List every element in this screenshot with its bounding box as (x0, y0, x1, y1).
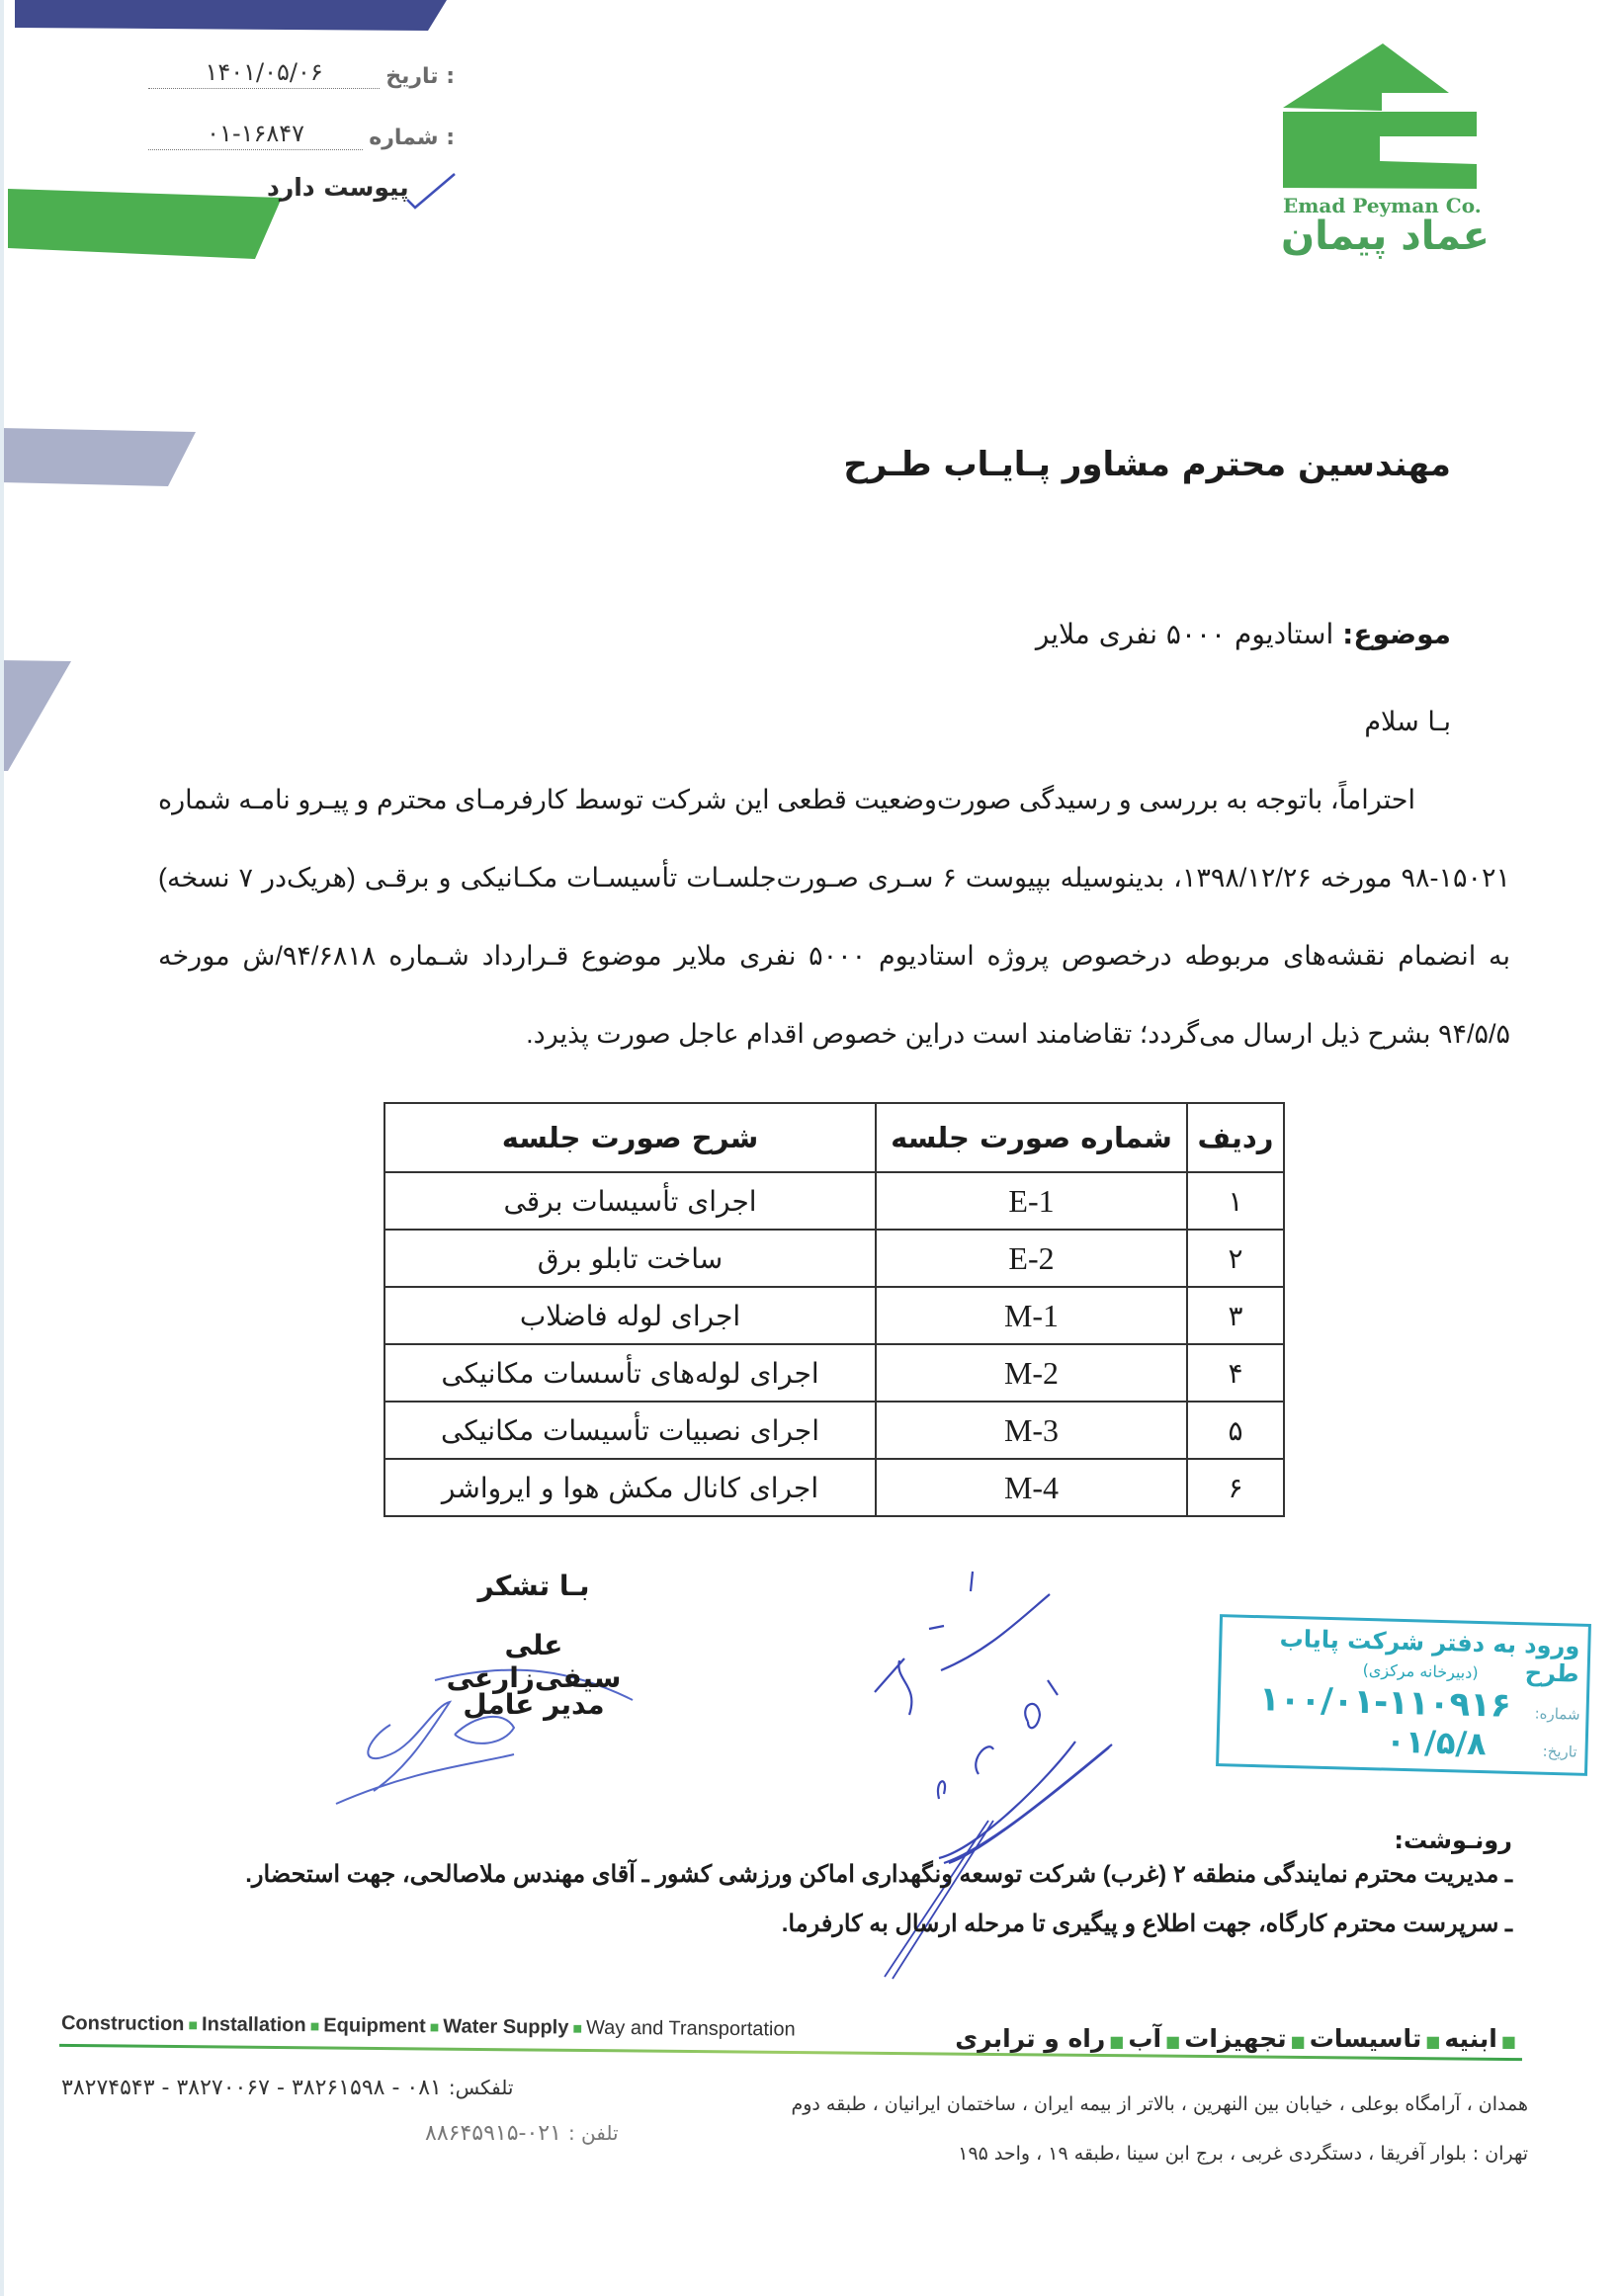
service-en: Construction (61, 2012, 185, 2035)
minutes-code: E-1 (876, 1172, 1187, 1230)
row-number: ۴ (1187, 1344, 1284, 1402)
telfax-value: ۰۸۱ - ۳۸۲۶۱۵۹۸ - ۳۸۲۷۰۰۶۷ - ۳۸۲۷۴۵۴۳ (61, 2076, 442, 2100)
number-value: ۰۱-۱۶۸۴۷ (148, 120, 363, 150)
green-band (8, 189, 282, 259)
date-value: ۱۴۰۱/۰۵/۰۶ (148, 58, 380, 89)
service-fa: راه و ترابری (955, 2024, 1105, 2053)
row-number: ۱ (1187, 1172, 1284, 1230)
table-row: ۵ M-3 اجرای نصبیات تأسیسات مکانیکی (384, 1402, 1284, 1459)
minutes-code: M-2 (876, 1344, 1187, 1402)
bullet-icon: ■ (188, 2017, 198, 2034)
table-row: ۶ M-4 اجرای کانال مکش هوا و ایرواشر (384, 1459, 1284, 1516)
table-row: ۲ E-2 ساخت تابلو برق (384, 1230, 1284, 1287)
signer-name: علی سیفی‌زارعی (415, 1629, 652, 1694)
service-fa: تاسیسات (1310, 2024, 1422, 2053)
services-persian: ■ابنیه■تاسیسات■تجهیزات■آب■راه و ترابری (955, 2024, 1520, 2053)
minutes-description: اجرای لوله‌های تأسسات مکانیکی (384, 1344, 876, 1402)
receipt-stamp: ورود به دفتر شرکت پایاب طرح (دبیرخانه مر… (1216, 1614, 1591, 1776)
tehran-phone: تلفن : ۰۲۱-۸۸۶۴۵۹۱۵ (425, 2121, 619, 2146)
pen-stroke (885, 1821, 993, 1979)
navy-band (15, 0, 447, 31)
stamp-date-value: ۰۱/۵/۸ (1386, 1723, 1487, 1763)
addressee-title: مهندسین محترم مشاور پـایـاب طـرح (843, 445, 1451, 484)
date-label: : تاریخ (385, 64, 455, 89)
cc-title: رونـوشت: (1394, 1827, 1512, 1854)
handwritten-note (875, 1572, 1112, 1863)
bullet-icon: ■ (1109, 2032, 1124, 2051)
tel-value: ۰۲۱-۸۸۶۴۵۹۱۵ (425, 2121, 561, 2146)
minutes-code: M-4 (876, 1459, 1187, 1516)
number-row: : شماره ۰۱-۱۶۸۴۷ (148, 111, 455, 150)
bullet-icon: ■ (1501, 2032, 1516, 2051)
attachment-note: پیوست دارد (267, 173, 409, 202)
cc-item: ـ سرپرست محترم کارگاه، جهت اطلاع و پیگیر… (782, 1910, 1512, 1938)
stamp-number-value: ۱۰۰/۰۱-۱۱۰۹۱۶ (1259, 1679, 1512, 1726)
minutes-description: اجرای کانال مکش هوا و ایرواشر (384, 1459, 876, 1516)
bullet-icon: ■ (1165, 2032, 1180, 2051)
telfax: تلفکس: ۰۸۱ - ۳۸۲۶۱۵۹۸ - ۳۸۲۷۰۰۶۷ - ۳۸۲۷۴… (61, 2076, 513, 2100)
row-number: ۶ (1187, 1459, 1284, 1516)
body-paragraph: احتراماً، باتوجه به بررسی و رسیدگی صورت‌… (158, 761, 1510, 1073)
subject-line: موضوع: استادیوم ۵۰۰۰ نفری ملایر (1036, 618, 1451, 650)
bullet-icon: ■ (1425, 2032, 1440, 2051)
service-fa: آب (1128, 2024, 1161, 2053)
scan-edge (0, 0, 4, 2296)
minutes-description: اجرای نصبیات تأسیسات مکانیکی (384, 1402, 876, 1459)
greeting: بـا سلام (1364, 707, 1451, 737)
signer-title: مدیر عامل (415, 1688, 652, 1721)
service-en: Installation (202, 2013, 306, 2036)
bullet-icon: ■ (1291, 2032, 1306, 2051)
subject-label: موضوع: (1342, 618, 1451, 650)
row-number: ۲ (1187, 1230, 1284, 1287)
cc-item: ـ مدیریت محترم نمایندگی منطقه ۲ (غرب) شر… (245, 1860, 1512, 1889)
table-row: ۴ M-2 اجرای لوله‌های تأسسات مکانیکی (384, 1344, 1284, 1402)
header-minutes-description: شرح صورت جلسه (384, 1103, 876, 1172)
minutes-table: ردیف شماره صورت جلسه شرح صورت جلسه ۱ E-1… (383, 1102, 1285, 1517)
minutes-code: M-3 (876, 1402, 1187, 1459)
address-tehran: تهران : بلوار آفریقا ، دستگردی غربی ، بر… (958, 2143, 1528, 2165)
logo-persian: عماد پیمان (1281, 213, 1490, 259)
table-row: ۱ E-1 اجرای تأسیسات برقی (384, 1172, 1284, 1230)
number-label: : شماره (369, 126, 455, 150)
minutes-code: E-2 (876, 1230, 1187, 1287)
gray-wedge (0, 660, 71, 771)
table-row: ۳ M-1 اجرای لوله فاضلاب (384, 1287, 1284, 1344)
service-fa: تجهیزات (1184, 2024, 1286, 2053)
date-row: : تاریخ ۱۴۰۱/۰۵/۰۶ (148, 49, 455, 89)
row-number: ۵ (1187, 1402, 1284, 1459)
service-en: Water Supply (443, 2015, 568, 2038)
header-row-number: ردیف (1187, 1103, 1284, 1172)
service-en: Way and Transportation (586, 2017, 796, 2041)
telfax-label: تلفکس: (449, 2076, 514, 2099)
minutes-description: اجرای تأسیسات برقی (384, 1172, 876, 1230)
tel-label: تلفن : (568, 2121, 619, 2145)
bullet-icon: ■ (430, 2019, 440, 2036)
stamp-line2: (دبیرخانه مرکزی) (1362, 1660, 1478, 1682)
gray-band (0, 428, 196, 486)
check-mark-icon (407, 174, 455, 208)
header-minutes-number: شماره صورت جلسه (876, 1103, 1187, 1172)
bullet-icon: ■ (572, 2021, 582, 2038)
minutes-description: ساخت تابلو برق (384, 1230, 876, 1287)
row-number: ۳ (1187, 1287, 1284, 1344)
company-logo-icon (1283, 43, 1477, 189)
address-hamedan: همدان ، آرامگاه بوعلی ، خیابان بین النهر… (791, 2093, 1528, 2115)
stamp-date-label: تاریخ: (1542, 1743, 1576, 1761)
stamp-number-label: شماره: (1534, 1704, 1579, 1723)
minutes-code: M-1 (876, 1287, 1187, 1344)
table-header-row: ردیف شماره صورت جلسه شرح صورت جلسه (384, 1103, 1284, 1172)
service-en: Equipment (323, 2014, 426, 2037)
service-fa: ابنیه (1444, 2024, 1497, 2053)
minutes-description: اجرای لوله فاضلاب (384, 1287, 876, 1344)
subject-text: استادیوم ۵۰۰۰ نفری ملایر (1036, 618, 1333, 650)
bullet-icon: ■ (310, 2018, 320, 2035)
closing: بـا تشکر (415, 1570, 652, 1602)
